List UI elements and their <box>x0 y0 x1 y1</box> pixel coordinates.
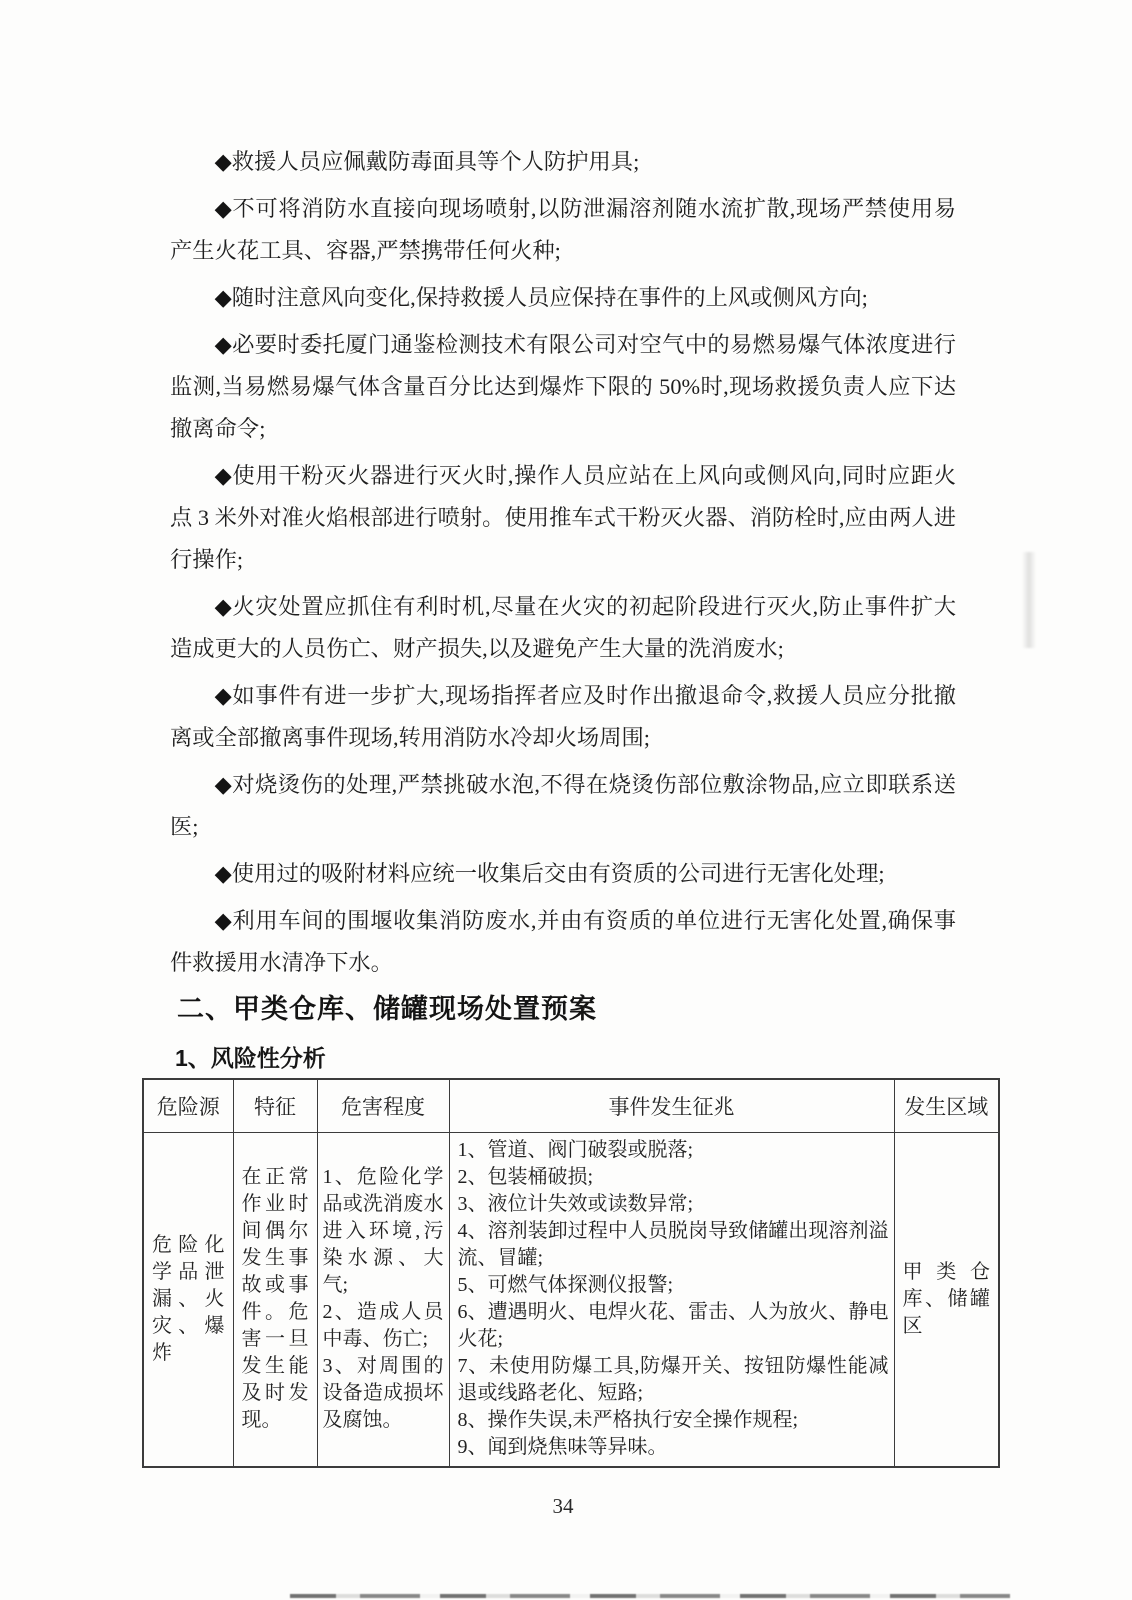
bullet-paragraph: ◆不可将消防水直接向现场喷射,以防泄漏溶剂随水流扩散,现场严禁使用易产生火花工具… <box>170 188 956 272</box>
bullet-paragraph: ◆如事件有进一步扩大,现场指挥者应及时作出撤退命令,救援人员应分批撤离或全部撤离… <box>170 675 956 759</box>
signs-cell: 1、管道、阀门破裂或脱落; 2、包装桶破损; 3、液位计失效或读数异常; 4、溶… <box>449 1133 894 1467</box>
sign-item: 4、溶剂装卸过程中人员脱岗导致储罐出现溶剂溢流、冒罐; <box>458 1218 889 1272</box>
paragraph-text: 火灾处置应抓住有利时机,尽量在火灾的初起阶段进行灭火,防止事件扩大造成更大的人员… <box>170 594 956 661</box>
characteristics-cell: 在正常作业时间偶尔发生事故或事件。危害一旦发生能及时发现。 <box>233 1133 317 1467</box>
bullet-paragraph: ◆火灾处置应抓住有利时机,尽量在火灾的初起阶段进行灭火,防止事件扩大造成更大的人… <box>170 586 956 670</box>
bullet-paragraph: ◆使用过的吸附材料应统一收集后交由有资质的公司进行无害化处理; <box>170 853 956 895</box>
page-content: ◆救援人员应佩戴防毒面具等个人防护用具; ◆不可将消防水直接向现场喷射,以防泄漏… <box>170 141 956 1519</box>
diamond-bullet-icon: ◆ <box>215 683 233 708</box>
hazard-source-cell: 危险化学品泄漏、火灾、爆炸 <box>143 1133 233 1467</box>
bullet-paragraph: ◆对烧烫伤的处理,严禁挑破水泡,不得在烧烫伤部位敷涂物品,应立即联系送医; <box>170 764 956 848</box>
harm-degree-item: 2、造成人员中毒、伤亡; <box>323 1299 444 1353</box>
sign-item: 2、包装桶破损; <box>458 1164 889 1191</box>
table-header-characteristics: 特征 <box>233 1079 317 1133</box>
diamond-bullet-icon: ◆ <box>215 594 233 619</box>
diamond-bullet-icon: ◆ <box>215 332 232 357</box>
paragraph-text: 如事件有进一步扩大,现场指挥者应及时作出撤退命令,救援人员应分批撤离或全部撤离事… <box>170 683 956 750</box>
table-row: 危险化学品泄漏、火灾、爆炸 在正常作业时间偶尔发生事故或事件。危害一旦发生能及时… <box>143 1133 999 1467</box>
diamond-bullet-icon: ◆ <box>215 908 233 933</box>
sign-item: 6、遭遇明火、电焊火花、雷击、人为放火、静电火花; <box>458 1299 889 1353</box>
paragraph-text: 救援人员应佩戴防毒面具等个人防护用具; <box>232 149 640 174</box>
harm-degree-item: 1、危险化学品或洗消废水进入环境,污染水源、大气; <box>323 1164 444 1299</box>
page-number: 34 <box>170 1494 956 1519</box>
bullet-paragraph: ◆利用车间的围堰收集消防废水,并由有资质的单位进行无害化处置,确保事件救援用水清… <box>170 900 956 984</box>
document-page: ◆救援人员应佩戴防毒面具等个人防护用具; ◆不可将消防水直接向现场喷射,以防泄漏… <box>0 0 1132 1600</box>
diamond-bullet-icon: ◆ <box>215 285 232 310</box>
diamond-bullet-icon: ◆ <box>215 149 232 174</box>
table-header-hazard-source: 危险源 <box>143 1079 233 1133</box>
paragraph-text: 必要时委托厦门通鉴检测技术有限公司对空气中的易燃易爆气体浓度进行监测,当易燃易爆… <box>170 332 956 441</box>
bullet-paragraph: ◆救援人员应佩戴防毒面具等个人防护用具; <box>170 141 956 183</box>
table-header-area: 发生区域 <box>894 1079 999 1133</box>
diamond-bullet-icon: ◆ <box>215 861 232 886</box>
paragraph-text: 使用干粉灭火器进行灭火时,操作人员应站在上风向或侧风向,同时应距火点 3 米外对… <box>170 463 956 572</box>
risk-analysis-table: 危险源 特征 危害程度 事件发生征兆 发生区域 危险化学品泄漏、火灾、爆炸 在正… <box>142 1078 1000 1468</box>
harm-degree-cell: 1、危险化学品或洗消废水进入环境,污染水源、大气; 2、造成人员中毒、伤亡; 3… <box>317 1133 449 1467</box>
occurrence-area-cell: 甲类仓库、储罐区 <box>894 1133 999 1467</box>
table-header-harm-degree: 危害程度 <box>317 1079 449 1133</box>
sign-item: 9、闻到烧焦味等异味。 <box>458 1434 889 1461</box>
diamond-bullet-icon: ◆ <box>215 463 233 488</box>
sign-item: 1、管道、阀门破裂或脱落; <box>458 1137 889 1164</box>
sign-item: 8、操作失误,未严格执行安全操作规程; <box>458 1407 889 1434</box>
bullet-paragraph: ◆随时注意风向变化,保持救援人员应保持在事件的上风或侧风方向; <box>170 277 956 319</box>
scan-artifact-right <box>1022 552 1036 648</box>
sign-item: 5、可燃气体探测仪报警; <box>458 1272 889 1299</box>
diamond-bullet-icon: ◆ <box>215 772 233 797</box>
diamond-bullet-icon: ◆ <box>215 196 233 221</box>
bullet-paragraph: ◆必要时委托厦门通鉴检测技术有限公司对空气中的易燃易爆气体浓度进行监测,当易燃易… <box>170 324 956 450</box>
paragraph-text: 利用车间的围堰收集消防废水,并由有资质的单位进行无害化处置,确保事件救援用水清净… <box>170 908 956 975</box>
sign-item: 3、液位计失效或读数异常; <box>458 1191 889 1218</box>
table-header-signs: 事件发生征兆 <box>449 1079 894 1133</box>
paragraph-text: 不可将消防水直接向现场喷射,以防泄漏溶剂随水流扩散,现场严禁使用易产生火花工具、… <box>170 196 956 263</box>
subsection-heading: 1、风险性分析 <box>175 1041 956 1075</box>
paragraph-text: 使用过的吸附材料应统一收集后交由有资质的公司进行无害化处理; <box>232 861 885 886</box>
scan-artifact-bottom <box>290 1594 1010 1598</box>
bullet-paragraph: ◆使用干粉灭火器进行灭火时,操作人员应站在上风向或侧风向,同时应距火点 3 米外… <box>170 455 956 581</box>
paragraph-text: 对烧烫伤的处理,严禁挑破水泡,不得在烧烫伤部位敷涂物品,应立即联系送医; <box>170 772 956 839</box>
table-header-row: 危险源 特征 危害程度 事件发生征兆 发生区域 <box>143 1079 999 1133</box>
sign-item: 7、未使用防爆工具,防爆开关、按钮防爆性能减退或线路老化、短路; <box>458 1353 889 1407</box>
paragraph-text: 随时注意风向变化,保持救援人员应保持在事件的上风或侧风方向; <box>232 285 868 310</box>
section-heading: 二、甲类仓库、储罐现场处置预案 <box>177 989 956 1029</box>
harm-degree-item: 3、对周围的设备造成损坏及腐蚀。 <box>323 1353 444 1434</box>
